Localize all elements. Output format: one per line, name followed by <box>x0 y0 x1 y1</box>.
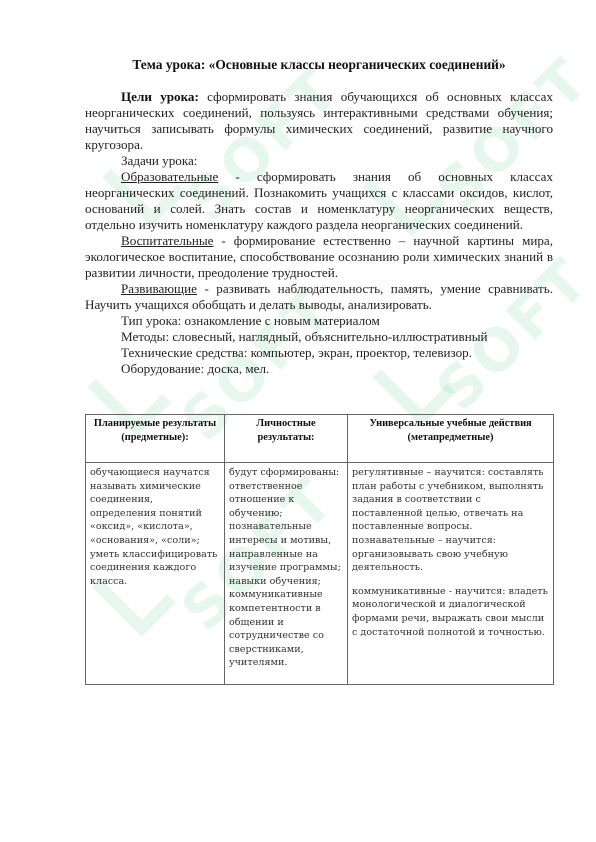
header-subject-results: Планируемые результаты (предметные): <box>86 415 225 463</box>
task-label: Образовательные <box>121 169 218 184</box>
meta-cognitive: познавательные – научится: организовыват… <box>352 534 549 575</box>
lesson-type: Тип урока: ознакомление с новым материал… <box>85 313 553 329</box>
cell-subject-results: обучающиеся научатся называть химические… <box>86 463 225 685</box>
table-header-row: Планируемые результаты (предметные): Лич… <box>86 415 554 463</box>
lesson-equipment: Оборудование: доска, мел. <box>85 361 553 377</box>
goals-label: Цели урока: <box>121 89 199 104</box>
task-label: Воспитательные <box>121 233 213 248</box>
task-educational: Образовательные - сформировать знания об… <box>85 169 553 233</box>
meta-communicative: коммуникативные - научится: владеть моно… <box>352 585 549 639</box>
lesson-methods: Методы: словесный, наглядный, объяснител… <box>85 329 553 345</box>
lesson-description: Цели урока: сформировать знания обучающи… <box>85 89 553 377</box>
lesson-tech-means: Технические средства: компьютер, экран, … <box>85 345 553 361</box>
tasks-heading: Задачи урока: <box>85 153 553 169</box>
document-page: SOFT SOFT SOFT SOFT SOFT Тема урока: «Ос… <box>0 0 596 842</box>
results-table: Планируемые результаты (предметные): Лич… <box>85 414 554 685</box>
cell-meta-results: регулятивные – научится: составлять план… <box>348 463 554 685</box>
task-label: Развивающие <box>121 281 197 296</box>
task-upbringing: Воспитательные - формирование естественн… <box>85 233 553 281</box>
header-meta-results: Универсальные учебные действия (метапред… <box>348 415 554 463</box>
lesson-title: Тема урока: «Основные классы неорганичес… <box>85 57 553 73</box>
task-developmental: Развивающие - развивать наблюдательность… <box>85 281 553 313</box>
header-personal-results: Личностные результаты: <box>225 415 348 463</box>
meta-regulatory: регулятивные – научится: составлять план… <box>352 466 549 534</box>
table-row: обучающиеся научатся называть химические… <box>86 463 554 685</box>
cell-personal-results: будут сформированы: ответственное отноше… <box>225 463 348 685</box>
goals-paragraph: Цели урока: сформировать знания обучающи… <box>85 89 553 153</box>
